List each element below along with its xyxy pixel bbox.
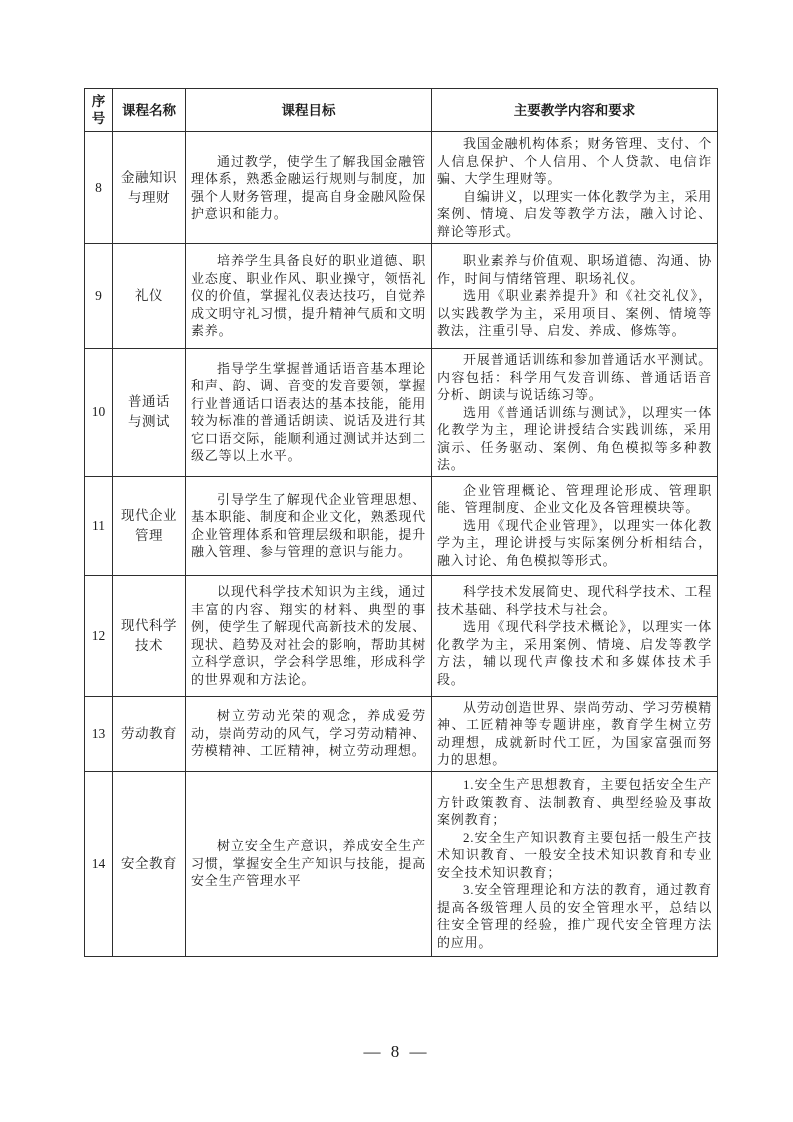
course-name: 普通话 与测试 bbox=[113, 349, 186, 477]
objective-paragraph: 树立安全生产意识，养成安全生产习惯，掌握安全生产知识与技能，提高安全生产管理水平 bbox=[191, 837, 426, 890]
content-paragraph: 开展普通话训练和参加普通话水平测试。内容包括：科学用气发音训练、普通话语音分析、… bbox=[437, 351, 712, 404]
table-row: 9 礼仪 培养学生具备良好的职业道德、职业态度、职业作风、职业操守，领悟礼仪的价… bbox=[85, 244, 718, 349]
teaching-content-cell: 企业管理概论、管理理论形成、管理职能、管理制度、企业文化及各管理模块等。 选用《… bbox=[432, 476, 718, 575]
content-paragraph: 我国金融机构体系；财务管理、支付、个人信息保护、个人信用、个人贷款、电信诈骗、大… bbox=[437, 135, 712, 188]
content-paragraph: 自编讲义，以理实一体化教学为主，采用案例、情境、启发等教学方法，融入讨论、辩论等… bbox=[437, 188, 712, 241]
content-paragraph: 企业管理概论、管理理论形成、管理职能、管理制度、企业文化及各管理模块等。 bbox=[437, 482, 712, 517]
objective-paragraph: 树立劳动光荣的观念，养成爱劳动，崇尚劳动的风气，学习劳动精神、劳模精神、工匠精神… bbox=[191, 707, 426, 760]
row-number: 11 bbox=[85, 476, 113, 575]
row-number: 12 bbox=[85, 575, 113, 696]
header-teaching-content: 主要教学内容和要求 bbox=[432, 89, 718, 132]
objective-paragraph: 培养学生具备良好的职业道德、职业态度、职业作风、职业操守，领悟礼仪的价值，掌握礼… bbox=[191, 252, 426, 340]
header-course-objectives: 课程目标 bbox=[186, 89, 432, 132]
content-paragraph: 2.安全生产知识教育主要包括一般生产技术知识教育、一般安全技术知识教育和专业安全… bbox=[437, 829, 712, 882]
content-paragraph: 选用《现代企业管理》，以理实一体化教学为主，理论讲授与实际案例分析相结合，融入讨… bbox=[437, 517, 712, 570]
course-objectives-cell: 以现代科学技术知识为主线，通过丰富的内容、翔实的材料、典型的事例，使学生了解现代… bbox=[186, 575, 432, 696]
course-objectives-cell: 树立安全生产意识，养成安全生产习惯，掌握安全生产知识与技能，提高安全生产管理水平 bbox=[186, 771, 432, 956]
document-page: 序号 课程名称 课程目标 主要教学内容和要求 8 金融知识 与理财 通过教学，使… bbox=[0, 0, 793, 1122]
course-name: 礼仪 bbox=[113, 244, 186, 349]
content-paragraph: 选用《职业素养提升》和《社交礼仪》，以实践教学为主，采用项目、案例、情境等教法，… bbox=[437, 287, 712, 340]
course-name: 金融知识 与理财 bbox=[113, 132, 186, 244]
teaching-content-cell: 职业素养与价值观、职场道德、沟通、协作，时间与情绪管理、职场礼仪。 选用《职业素… bbox=[432, 244, 718, 349]
content-paragraph: 3.安全管理理论和方法的教育，通过教育提高各级管理人员的安全管理水平，总结以往安… bbox=[437, 881, 712, 951]
teaching-content-cell: 1.安全生产思想教育，主要包括安全生产方针政策教育、法制教育、典型经验及事故案例… bbox=[432, 771, 718, 956]
course-objectives-cell: 培养学生具备良好的职业道德、职业态度、职业作风、职业操守，领悟礼仪的价值，掌握礼… bbox=[186, 244, 432, 349]
row-number: 8 bbox=[85, 132, 113, 244]
table-row: 11 现代企业 管理 引导学生了解现代企业管理思想、基本职能、制度和企业文化，熟… bbox=[85, 476, 718, 575]
header-course-name: 课程名称 bbox=[113, 89, 186, 132]
course-objectives-cell: 指导学生掌握普通话语音基本理论和声、韵、调、音变的发音要领，掌握行业普通话口语表… bbox=[186, 349, 432, 477]
course-name: 现代企业 管理 bbox=[113, 476, 186, 575]
course-name: 劳动教育 bbox=[113, 696, 186, 771]
content-paragraph: 从劳动创造世界、崇尚劳动、学习劳模精神、工匠精神等专题讲座，教育学生树立劳动理想… bbox=[437, 699, 712, 769]
row-number: 13 bbox=[85, 696, 113, 771]
objective-paragraph: 以现代科学技术知识为主线，通过丰富的内容、翔实的材料、典型的事例，使学生了解现代… bbox=[191, 583, 426, 688]
objective-paragraph: 引导学生了解现代企业管理思想、基本职能、制度和企业文化，熟悉现代企业管理体系和管… bbox=[191, 491, 426, 561]
page-number: — 8 — bbox=[0, 1042, 793, 1062]
row-number: 10 bbox=[85, 349, 113, 477]
course-name: 现代科学 技术 bbox=[113, 575, 186, 696]
teaching-content-cell: 我国金融机构体系；财务管理、支付、个人信息保护、个人信用、个人贷款、电信诈骗、大… bbox=[432, 132, 718, 244]
teaching-content-cell: 从劳动创造世界、崇尚劳动、学习劳模精神、工匠精神等专题讲座，教育学生树立劳动理想… bbox=[432, 696, 718, 771]
table-row: 13 劳动教育 树立劳动光荣的观念，养成爱劳动，崇尚劳动的风气，学习劳动精神、劳… bbox=[85, 696, 718, 771]
course-name: 安全教育 bbox=[113, 771, 186, 956]
table-row: 12 现代科学 技术 以现代科学技术知识为主线，通过丰富的内容、翔实的材料、典型… bbox=[85, 575, 718, 696]
content-paragraph: 选用《普通话训练与测试》，以理实一体化教学为主，理论讲授结合实践训练，采用演示、… bbox=[437, 404, 712, 474]
row-number: 14 bbox=[85, 771, 113, 956]
content-paragraph: 选用《现代科学技术概论》，以理实一体化教学为主，采用案例、情境、启发等教学方法，… bbox=[437, 618, 712, 688]
course-table: 序号 课程名称 课程目标 主要教学内容和要求 8 金融知识 与理财 通过教学，使… bbox=[84, 88, 718, 957]
teaching-content-cell: 科学技术发展简史、现代科学技术、工程技术基础、科学技术与社会。 选用《现代科学技… bbox=[432, 575, 718, 696]
course-objectives-cell: 通过教学，使学生了解我国金融管理体系，熟悉金融运行规则与制度，加强个人财务管理，… bbox=[186, 132, 432, 244]
teaching-content-cell: 开展普通话训练和参加普通话水平测试。内容包括：科学用气发音训练、普通话语音分析、… bbox=[432, 349, 718, 477]
header-serial-number: 序号 bbox=[85, 89, 113, 132]
table-row: 14 安全教育 树立安全生产意识，养成安全生产习惯，掌握安全生产知识与技能，提高… bbox=[85, 771, 718, 956]
content-paragraph: 职业素养与价值观、职场道德、沟通、协作，时间与情绪管理、职场礼仪。 bbox=[437, 252, 712, 287]
table-row: 8 金融知识 与理财 通过教学，使学生了解我国金融管理体系，熟悉金融运行规则与制… bbox=[85, 132, 718, 244]
course-objectives-cell: 引导学生了解现代企业管理思想、基本职能、制度和企业文化，熟悉现代企业管理体系和管… bbox=[186, 476, 432, 575]
table-row: 10 普通话 与测试 指导学生掌握普通话语音基本理论和声、韵、调、音变的发音要领… bbox=[85, 349, 718, 477]
course-objectives-cell: 树立劳动光荣的观念，养成爱劳动，崇尚劳动的风气，学习劳动精神、劳模精神、工匠精神… bbox=[186, 696, 432, 771]
content-paragraph: 1.安全生产思想教育，主要包括安全生产方针政策教育、法制教育、典型经验及事故案例… bbox=[437, 776, 712, 829]
table-header-row: 序号 课程名称 课程目标 主要教学内容和要求 bbox=[85, 89, 718, 132]
row-number: 9 bbox=[85, 244, 113, 349]
objective-paragraph: 通过教学，使学生了解我国金融管理体系，熟悉金融运行规则与制度，加强个人财务管理，… bbox=[191, 153, 426, 223]
content-paragraph: 科学技术发展简史、现代科学技术、工程技术基础、科学技术与社会。 bbox=[437, 583, 712, 618]
objective-paragraph: 指导学生掌握普通话语音基本理论和声、韵、调、音变的发音要领，掌握行业普通话口语表… bbox=[191, 360, 426, 465]
